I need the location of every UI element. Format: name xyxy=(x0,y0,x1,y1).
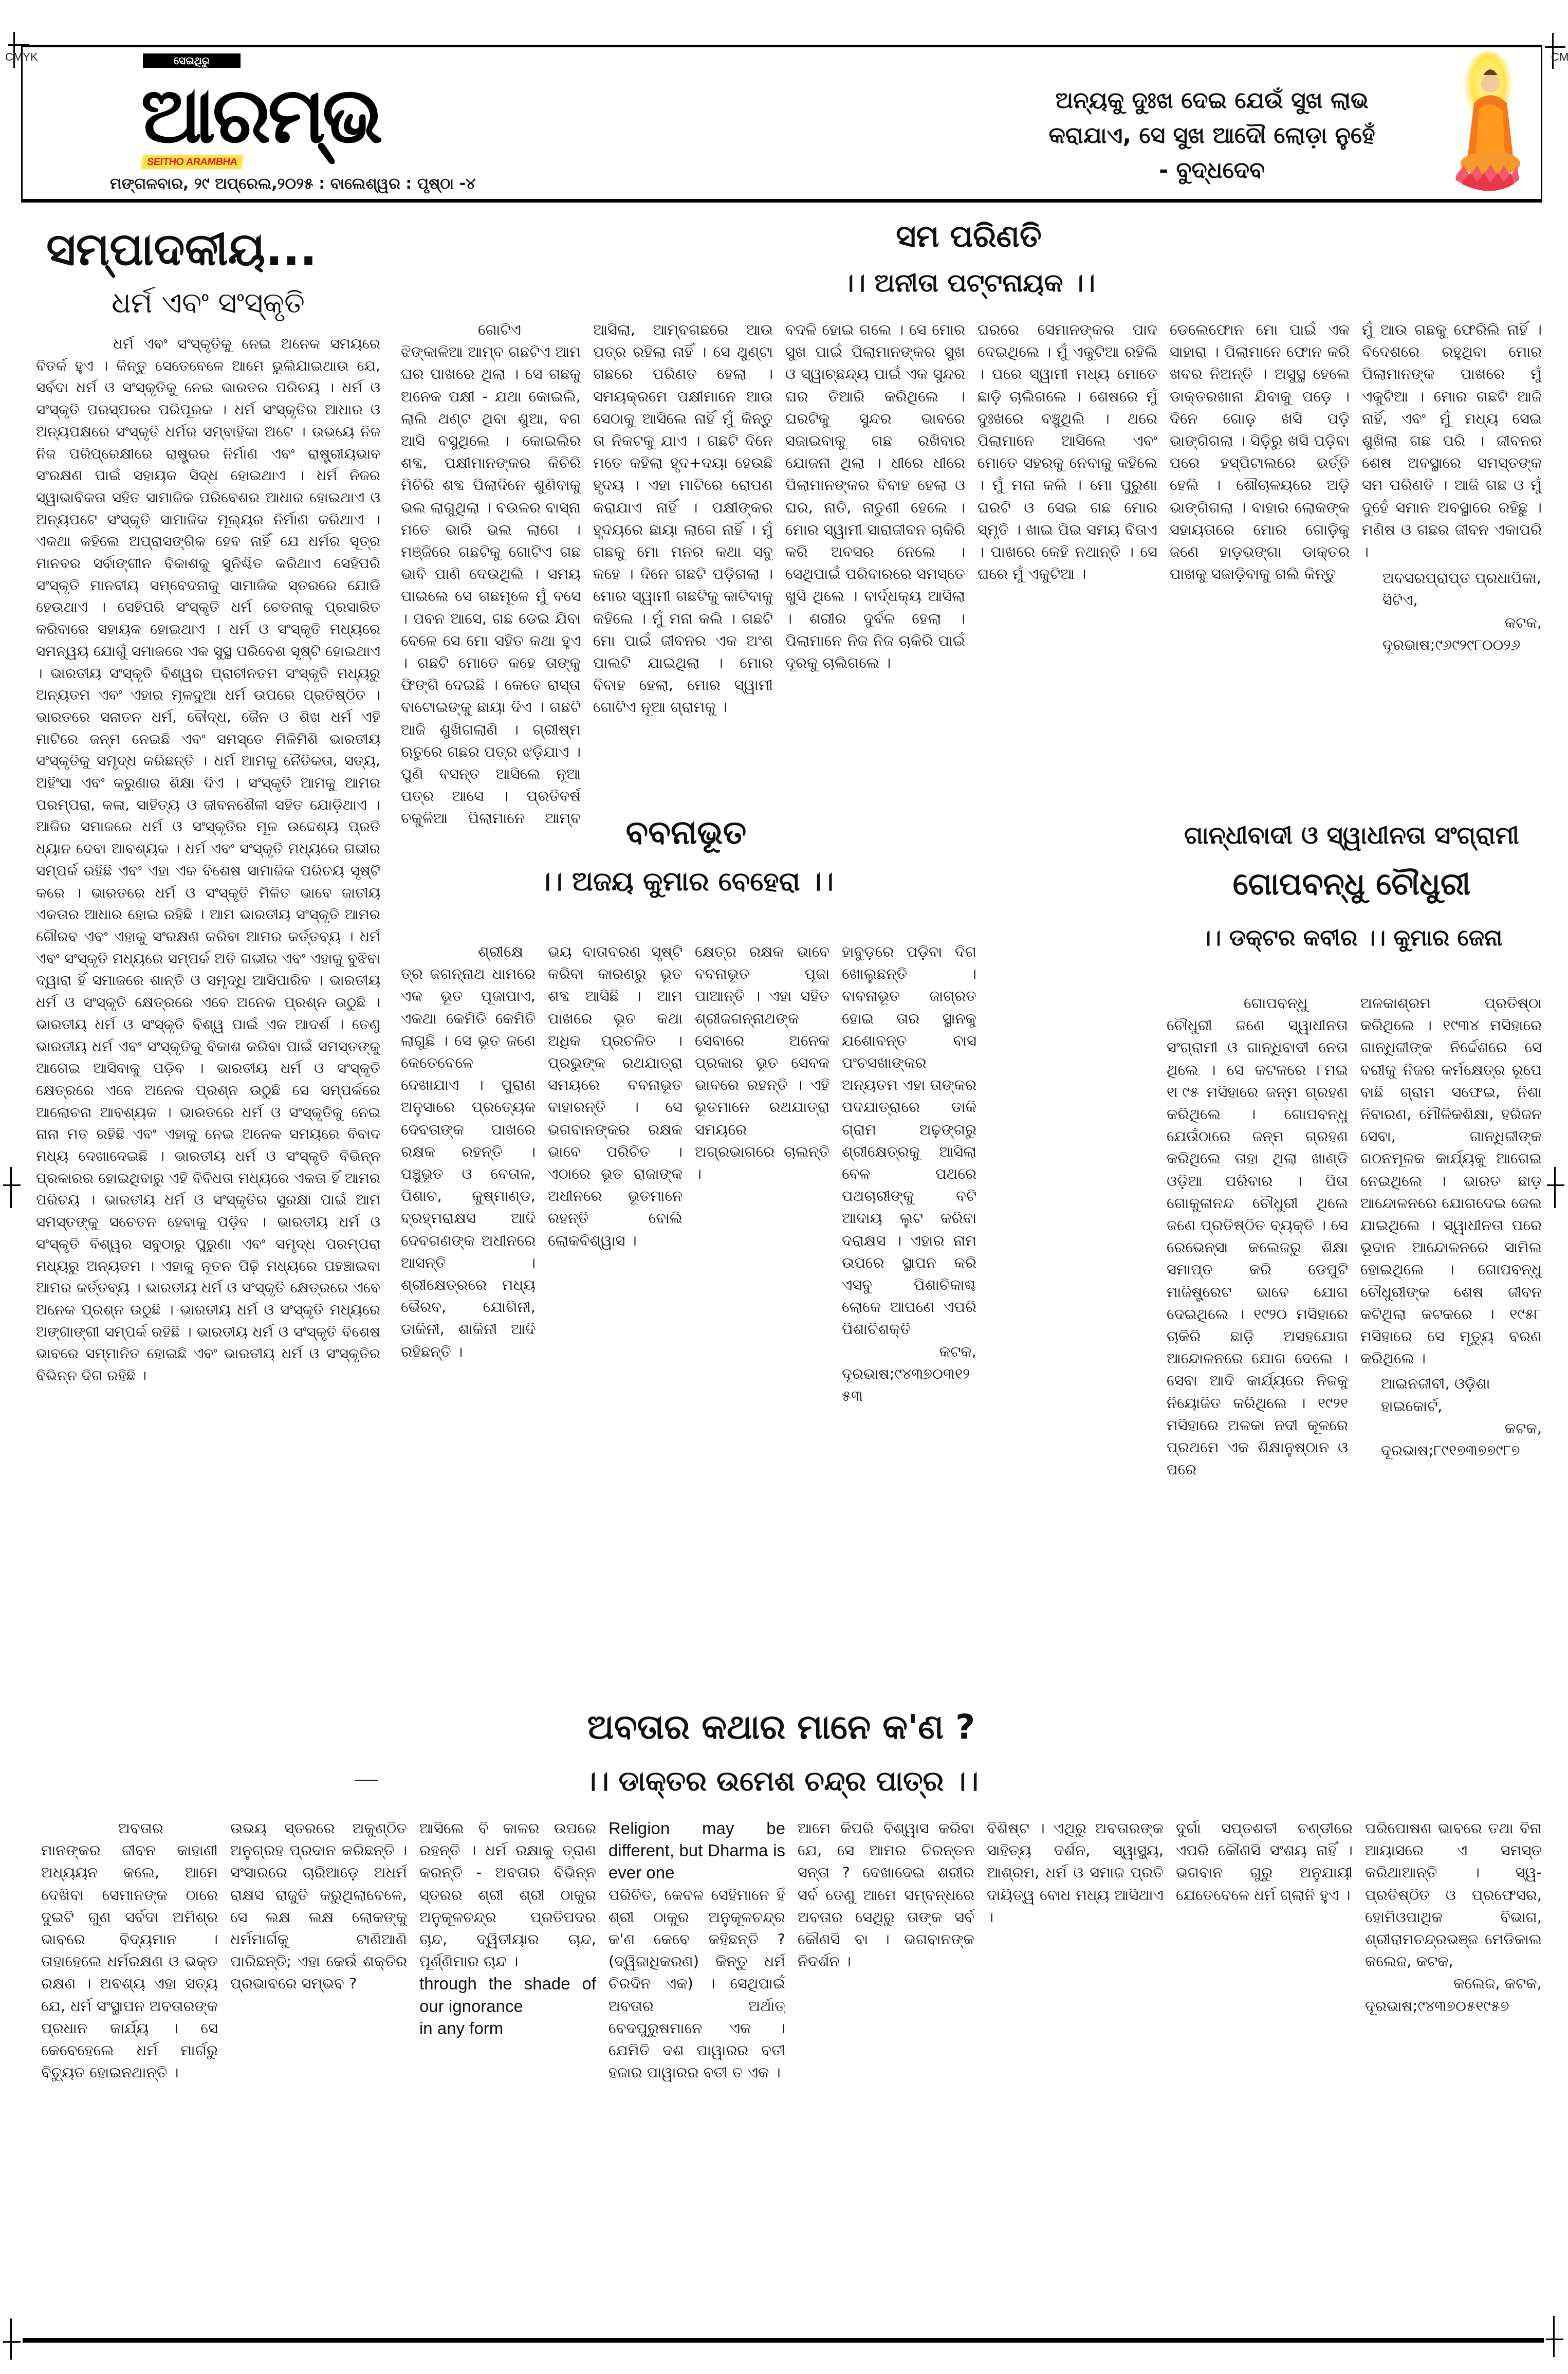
cmyk-mark-top-left: CMYK xyxy=(5,51,14,63)
article-column: ଉଭୟ ସ୍ତରରେ ଅକୁଣ୍ଠିତ ଅନୁଗ୍ରହ ପ୍ରଦାନ କରିଛନ… xyxy=(230,1817,407,2331)
newspaper-logo: ଆରମ୍ଭ xyxy=(141,67,244,170)
signature-line: ଅବସରପ୍ରାପ୍ତ ପ୍ରଧାପିକା, ସିଟିଏ, xyxy=(1362,567,1542,611)
article-babanabhuta: ବବନାଭୂତ ।। ଅଜୟ କୁମାର ବେହେରା ।। xyxy=(396,807,976,905)
article-column: Religion may be different, but Dharma is… xyxy=(608,1817,785,2331)
article-byline: ।। ଅଜୟ କୁମାର ବେହେରା ।। xyxy=(396,859,976,905)
signature-line: କଟକ, xyxy=(1360,1417,1542,1439)
article-gopabandhu: ଗାନ୍ଧୀବାଦୀ ଓ ସ୍ୱାଧୀନତା ସଂଗ୍ରାମୀ ଗୋପବନ୍ଧୁ… xyxy=(1161,812,1542,961)
article-column: ଘରରେ ସେମାନଙ୍କର ପାଦ ଦେଇଥିଲେ । ମୁଁ ଏକୁଟିଆ … xyxy=(977,319,1157,828)
article-column: ଭୟ ବାତାବରଣ ସୃଷ୍ଟି କରିବା କାରଣରୁ ଭୂତ ଶବ୍ଦ … xyxy=(548,941,682,1660)
logo-tagline: SEITHO ARAMBHA xyxy=(141,155,243,169)
article-column: କ୍ଷେତ୍ର ରକ୍ଷକ ଭାବେ ବବନାଭୂତ ପୂଜା ପାଆନ୍ତି … xyxy=(695,941,829,1660)
editorial-paragraph: ଧର୍ମ ଏବଂ ସଂସ୍କୃତିକୁ ନେଇ ଅନେକ ସମୟରେ ବିତର୍… xyxy=(36,333,380,1387)
article-column: ଆସିଲା, ଆମ୍ବଗଛରେ ଆଉ ପତ୍ର ରହିଲା ନାହିଁ । ସେ… xyxy=(593,319,773,828)
article-column: ଶ୍ରୀକ୍ଷେତ୍ର ଜଗନ୍ନାଥ ଧାମରେ ଏକ ଭୂତ ପୂଜାପାଏ… xyxy=(401,941,536,1660)
article-title-line-2: ଗୋପବନ୍ଧୁ ଚୌଧୁରୀ xyxy=(1161,859,1542,910)
article-column: ଆସିଲେ ବି କାଳର ଉପରେ ରହନ୍ତି । ଧର୍ମ ରକ୍ଷାକୁ… xyxy=(419,1817,596,2331)
article4-columns: ଅବତାର ମାନଙ୍କର ଜୀବନ କାହାଣୀ ଅଧ୍ୟୟନ କଲେ, ଆମ… xyxy=(41,1817,1542,2331)
article-byline: ।। ଡାକ୍ତର ଉମେଶ ଚନ୍ଦ୍ର ପାତ୍ର ।। xyxy=(396,1758,1167,1804)
cmyk-mark-top-right: CMYK xyxy=(1551,51,1560,63)
english-quote: in any form xyxy=(419,2017,596,2039)
article-column: ବିଶିଷ୍ଟ । ଏଥିରୁ ଅବତାରଙ୍କ ସାହିତ୍ୟ ଦର୍ଶନ, … xyxy=(987,1817,1164,2331)
article-column: ବଦଳି ହୋଇ ଗଲେ । ସେ ମୋର ସୁଖ ପାଇଁ ପିଲାମାନଙ୍… xyxy=(785,319,965,828)
editorial-title: ଧର୍ମ ଏବଂ ସଂସ୍କୃତି xyxy=(36,278,380,329)
article-column: ଗୋଟିଏ ଝିଙ୍କାଳିଆ ଆମ୍ବ ଗଛଟିଏ ଆମ ଘର ପାଖରେ ଥ… xyxy=(401,319,581,828)
signature-phone: ଦୂରଭାଷ;୮୯୧୭୩୭୭୯୮୭ xyxy=(1360,1439,1542,1462)
article-avatar: ଅବତାର କଥାର ମାନେ କ'ଣ ? ।। ଡାକ୍ତର ଉମେଶ ଚନ୍… xyxy=(396,1702,1167,1804)
english-quote: Religion may be different, but Dharma is… xyxy=(608,1817,785,1884)
article-title-line-1: ଗାନ୍ଧୀବାଦୀ ଓ ସ୍ୱାଧୀନତା ସଂଗ୍ରାମୀ xyxy=(1161,812,1542,859)
editorial-body: ଧର୍ମ ଏବଂ ସଂସ୍କୃତିକୁ ନେଇ ଅନେକ ସମୟରେ ବିତର୍… xyxy=(36,333,380,1767)
signature-line: କଟକ, xyxy=(842,1341,976,1363)
signature-phone: ଦୂରଭାଷ;୯୪୩୭୦୩୧୨୫୩ xyxy=(842,1363,976,1407)
article-title: ବବନାଭୂତ xyxy=(396,807,976,859)
buddha-image-icon xyxy=(1453,51,1520,200)
signature-line: ଆଇନଜୀବୀ, ଓଡ଼ିଶା ହାଇକୋର୍ଟ, xyxy=(1360,1373,1542,1417)
article-column: ମୁଁ ଆଉ ଗଛକୁ ଫେରିଲି ନାହିଁ । ବିଦେଶରେ ରହୁଥି… xyxy=(1362,319,1542,828)
editorial-end-rule xyxy=(355,1780,378,1781)
article3-columns: ଗୋପବନ୍ଧୁ ଚୌଧୁରୀ ଜଣେ ସ୍ୱାଧୀନତା ସଂଗ୍ରାମୀ ଓ… xyxy=(1167,992,1542,1660)
article-title: ସମ ପରିଣତି xyxy=(396,216,1542,257)
article-column: ପରିପୋଷଣ ଭାବରେ ତଥା ବିନା ଆୟାସରେ ଏ ସମସ୍ତ କର… xyxy=(1365,1817,1542,2331)
english-quote: through the shade of our ignorance xyxy=(419,1973,596,2017)
article-column: ଅଳକାଶ୍ରମ ପ୍ରତିଷ୍ଠା କରିଥିଲେ । ୧୯୩୪ ମସିହାର… xyxy=(1360,992,1542,1660)
quote-block: ଅନ୍ୟକୁ ଦୁଃଖ ଦେଇ ଯେଉଁ ସୁଖ ଲାଭ କରାଯାଏ, ସେ … xyxy=(1017,83,1407,188)
article2-columns: ଶ୍ରୀକ୍ଷେତ୍ର ଜଗନ୍ନାଥ ଧାମରେ ଏକ ଭୂତ ପୂଜାପାଏ… xyxy=(401,941,976,1660)
article-sama-parinati: ସମ ପରିଣତି ।। ଅନୀତା ପଟ୍ଟନାୟକ ।। xyxy=(396,216,1542,303)
article1-columns: ଗୋଟିଏ ଝିଙ୍କାଳିଆ ଆମ୍ବ ଗଛଟିଏ ଆମ ଘର ପାଖରେ ଥ… xyxy=(401,319,1542,828)
masthead: ସେଇଥିରୁ ଆରମ୍ଭ SEITHO ARAMBHA ମଙ୍ଗଳବାର, ୨… xyxy=(21,45,1542,203)
quote-line-1: ଅନ୍ୟକୁ ଦୁଃଖ ଦେଇ ଯେଉଁ ସୁଖ ଲାଭ xyxy=(1017,83,1407,118)
dateline: ମଙ୍ଗଳବାର, ୨୯ ଅପ୍ରେଲ,୨୦୨୫ : ବାଲେଶ୍ୱର : ପୃ… xyxy=(110,175,475,193)
page-bottom-rule xyxy=(23,2338,1544,2343)
signature-line: କଟକ, xyxy=(1362,612,1542,634)
editorial-article: ସମ୍ପାଦକୀୟ... ଧର୍ମ ଏବଂ ସଂସ୍କୃତି ଧର୍ମ ଏବଂ … xyxy=(36,221,380,1767)
article-byline: ।। ଡକ୍ଟର କବୀର ।। କୁମାର ଜେନା xyxy=(1161,915,1542,961)
article-column: ଦୁର୍ଗା ସପ୍ତଶତୀ ଚଣ୍ଡୀରେ ଏପରି କୌଣସି ସଂଶୟ ନ… xyxy=(1176,1817,1353,2331)
article-column: ଆମେ କିପରି ବିଶ୍ୱାସ କରିବା ଯେ, ସେ ଆମର ଚିରନ୍… xyxy=(798,1817,974,2331)
article-byline: ।। ଅନୀତା ପଟ୍ଟନାୟକ ।। xyxy=(396,262,1542,303)
article-column: ଡେଲେଫୋନ ମୋ ପାଇଁ ଏକ ସାହାରା । ପିଲାମାନେ ଫୋନ… xyxy=(1170,319,1350,828)
article-title: ଅବତାର କଥାର ମାନେ କ'ଣ ? xyxy=(396,1702,1167,1753)
signature-phone: ଦୂରଭାଷ;୯୪୩୭୦୫୧୯୫୭ xyxy=(1365,1995,1542,2017)
logo-small-text: ସେଇଥିରୁ xyxy=(143,53,241,68)
signature-phone: ଦୂରଭାଷ;୯୬୯୨୯୮୦୦୨୬ xyxy=(1362,634,1542,656)
article-column: ହାବୁଡ଼ରେ ପଡ଼ିବା ଦିଗ ଖୋଲୁଛନ୍ତି । ବାବନାଭୂତ… xyxy=(842,941,976,1660)
signature-line: କଲେଜ, କଟକ, xyxy=(1365,1973,1542,1995)
article-column: ଗୋପବନ୍ଧୁ ଚୌଧୁରୀ ଜଣେ ସ୍ୱାଧୀନତା ସଂଗ୍ରାମୀ ଓ… xyxy=(1167,992,1348,1660)
editorial-section-title: ସମ୍ପାଦକୀୟ... xyxy=(36,221,380,278)
article-column: ଅବତାର ମାନଙ୍କର ଜୀବନ କାହାଣୀ ଅଧ୍ୟୟନ କଲେ, ଆମ… xyxy=(41,1817,218,2331)
quote-attribution: - ବୁଦ୍ଧଦେବ xyxy=(1017,153,1407,188)
quote-line-2: କରାଯାଏ, ସେ ସୁଖ ଆଦୌ ଲୋଡ଼ା ନୁହେଁ xyxy=(1017,118,1407,153)
